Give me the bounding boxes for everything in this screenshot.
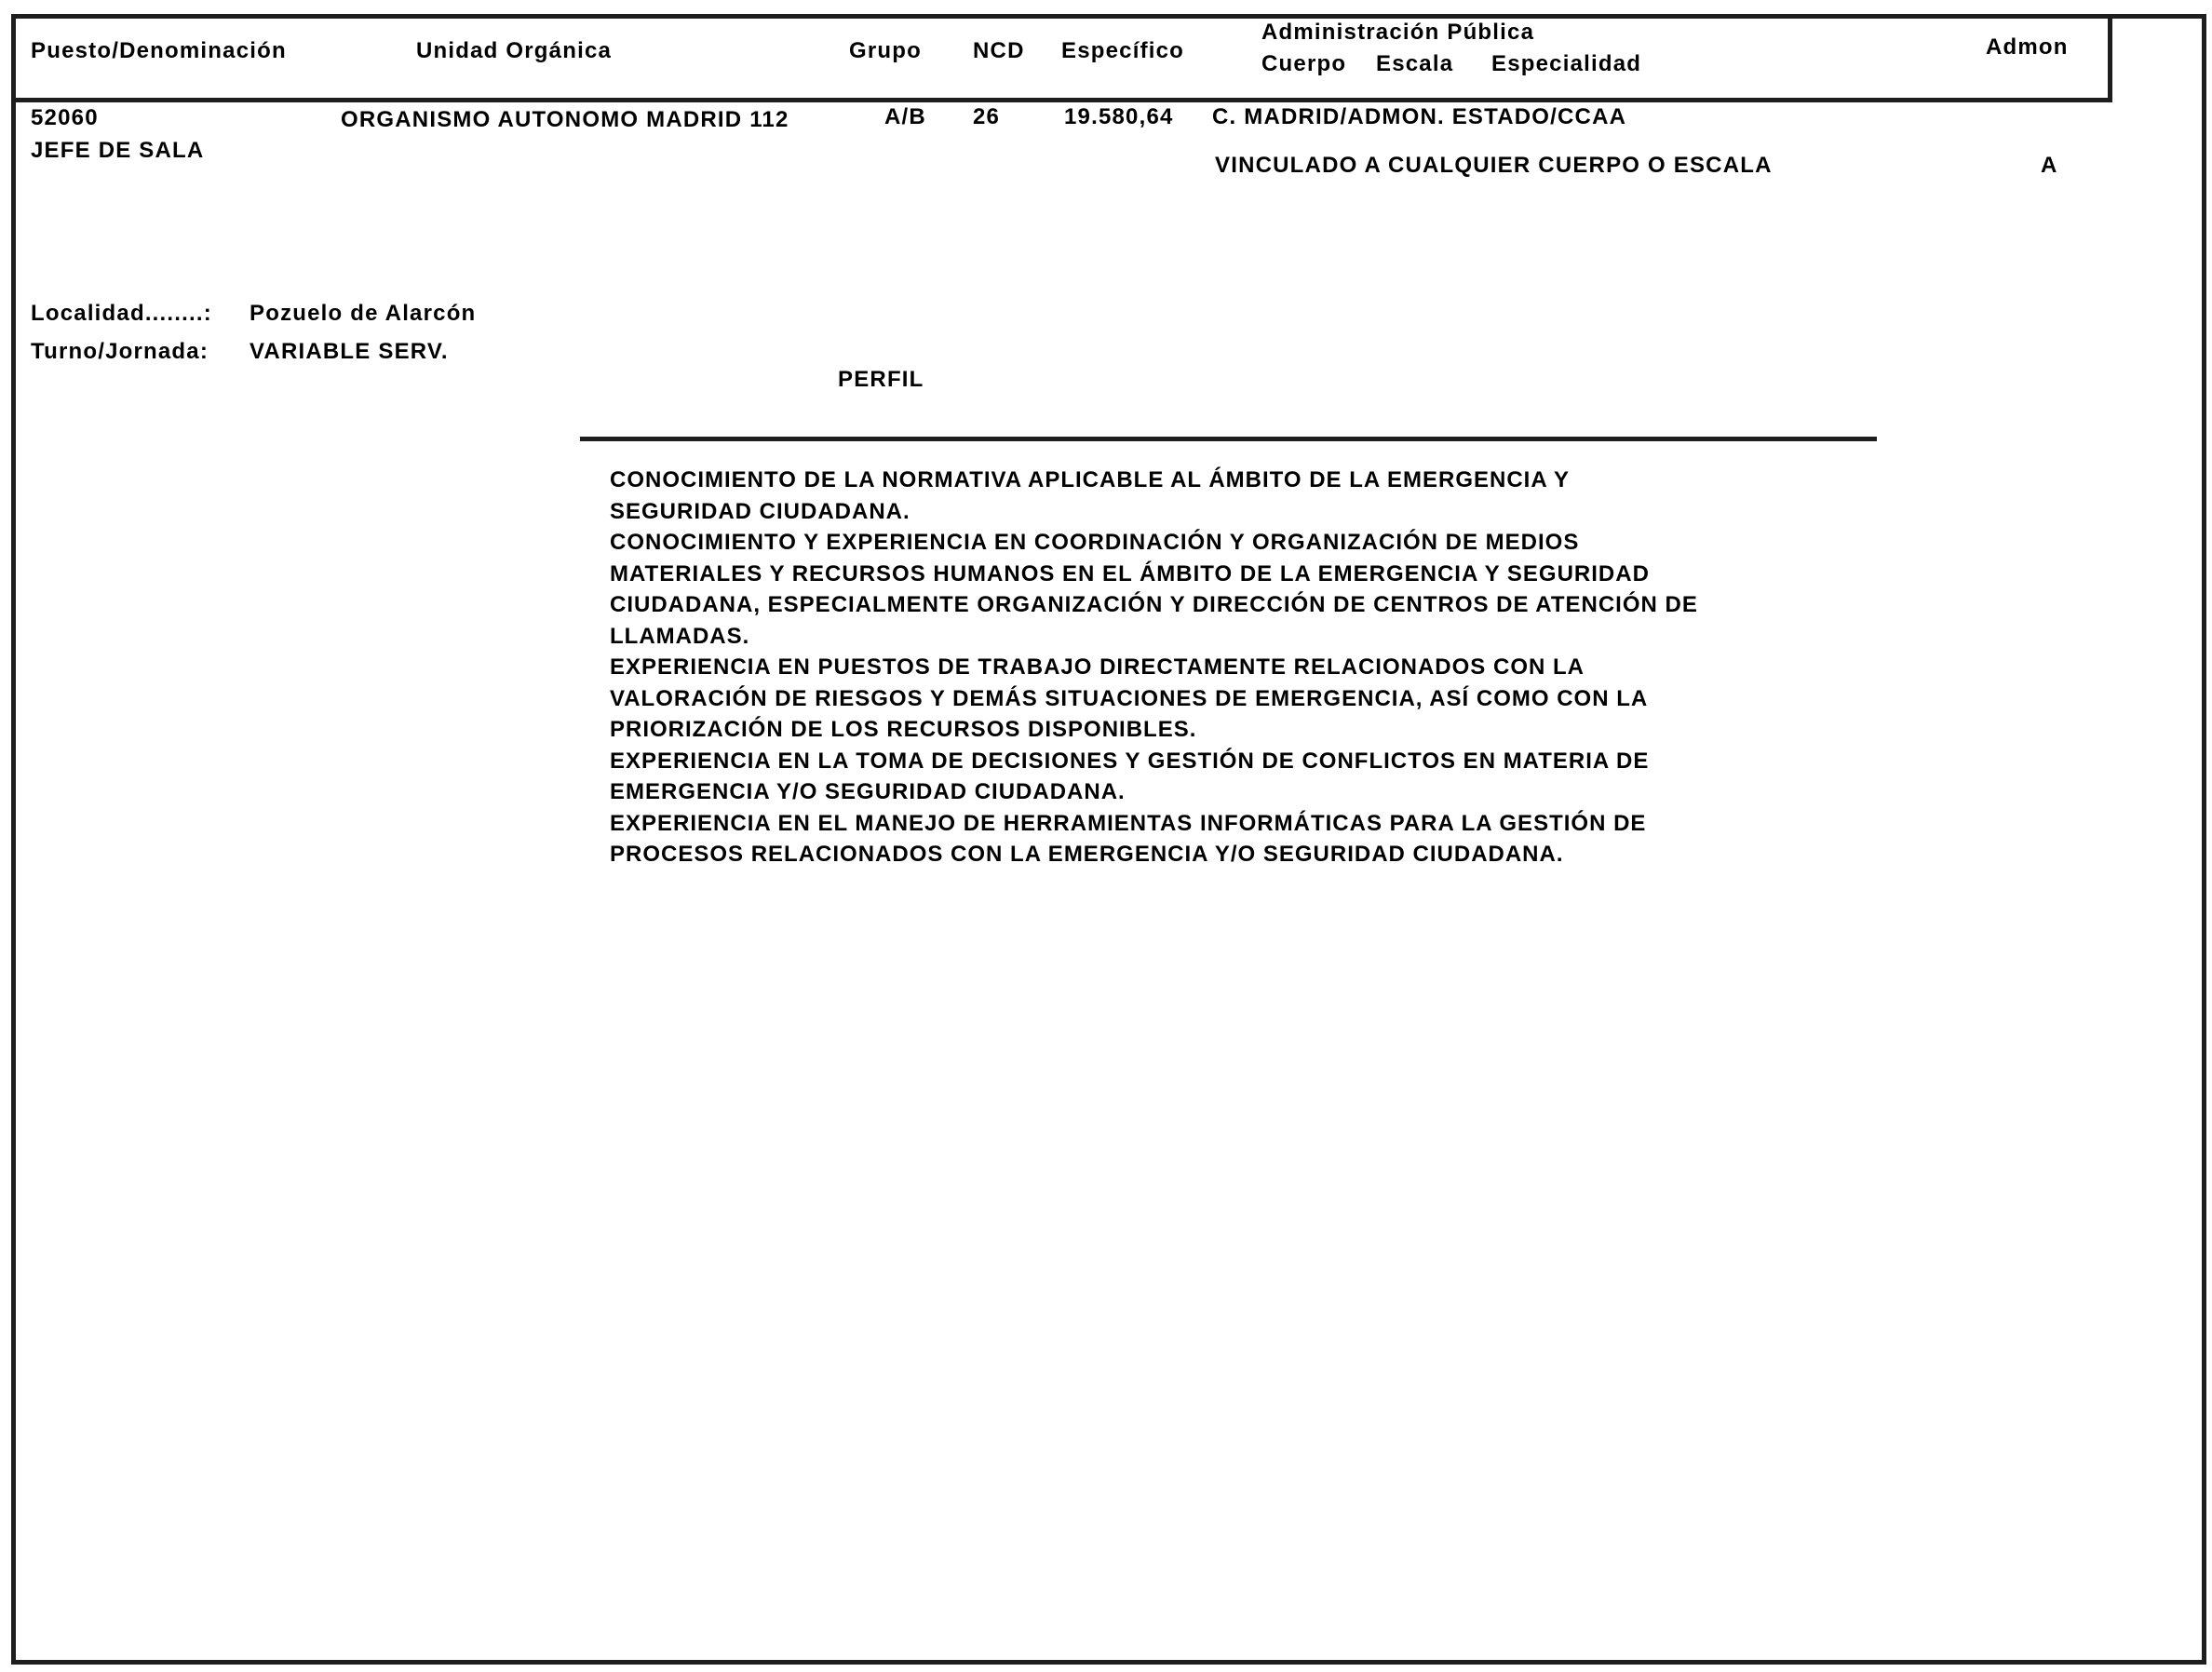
record-ncd: 26 [973,106,1000,128]
perfil-line: EXPERIENCIA EN LA TOMA DE DECISIONES Y G… [610,746,1698,777]
turno-jornada-value: VARIABLE SERV. [250,341,449,363]
header-cuerpo: Cuerpo [1261,53,1346,75]
perfil-line: VALORACIÓN DE RIESGOS Y DEMÁS SITUACIONE… [610,683,1698,715]
record-especifico: 19.580,64 [1064,106,1174,128]
perfil-line: LLAMADAS. [610,621,1698,653]
header-escala: Escala [1376,53,1453,75]
perfil-text: CONOCIMIENTO DE LA NORMATIVA APLICABLE A… [610,465,1698,870]
header-puesto-denominacion: Puesto/Denominación [31,40,287,62]
perfil-line: EMERGENCIA Y/O SEGURIDAD CIUDADANA. [610,776,1698,808]
record-denominacion: JEFE DE SALA [31,140,204,162]
perfil-line: CIUDADANA, ESPECIALMENTE ORGANIZACIÓN Y … [610,589,1698,621]
header-ncd: NCD [973,40,1025,62]
header-especialidad: Especialidad [1491,53,1641,75]
header-especifico: Específico [1061,40,1184,62]
record-codigo: 52060 [31,107,99,129]
perfil-line: EXPERIENCIA EN EL MANEJO DE HERRAMIENTAS… [610,808,1698,840]
perfil-title: PERFIL [838,369,924,391]
perfil-line: CONOCIMIENTO Y EXPERIENCIA EN COORDINACI… [610,527,1698,559]
record-cuerpo-escala: VINCULADO A CUALQUIER CUERPO O ESCALA [1215,155,1773,177]
perfil-line: PROCESOS RELACIONADOS CON LA EMERGENCIA … [610,839,1698,870]
record-administracion-publica: C. MADRID/ADMON. ESTADO/CCAA [1212,106,1626,128]
header-unidad-organica: Unidad Orgánica [416,40,612,62]
localidad-value: Pozuelo de Alarcón [250,303,476,325]
header-admon: Admon [1986,36,2069,59]
record-admon: A [2041,155,2058,177]
perfil-line: MATERIALES Y RECURSOS HUMANOS EN EL ÁMBI… [610,559,1698,590]
turno-jornada-label: Turno/Jornada: [31,341,209,363]
perfil-line: EXPERIENCIA EN PUESTOS DE TRABAJO DIRECT… [610,652,1698,683]
perfil-line: PRIORIZACIÓN DE LOS RECURSOS DISPONIBLES… [610,714,1698,746]
record-unidad-organica: ORGANISMO AUTONOMO MADRID 112 [341,109,789,131]
header-grupo: Grupo [849,40,922,62]
header-administracion-publica: Administración Pública [1261,21,1534,44]
perfil-line: SEGURIDAD CIUDADANA. [610,496,1698,528]
perfil-divider [580,437,1877,441]
localidad-label: Localidad........: [31,303,212,325]
record-grupo: A/B [884,106,926,128]
perfil-line: CONOCIMIENTO DE LA NORMATIVA APLICABLE A… [610,465,1698,496]
